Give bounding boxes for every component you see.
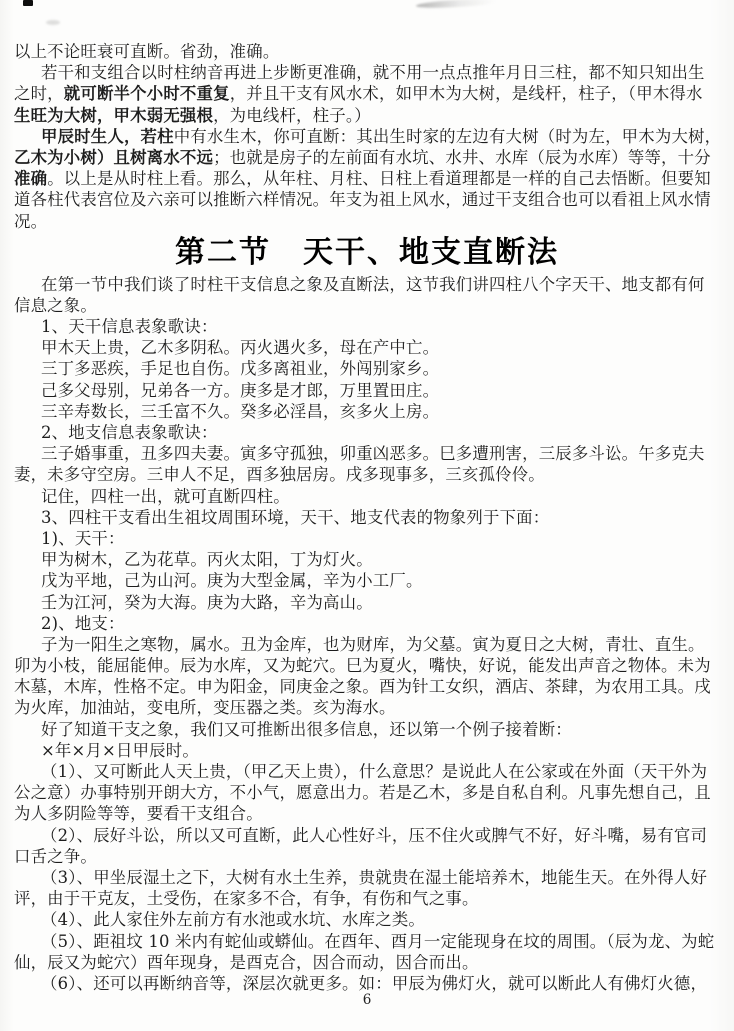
text-line: 好了知道干支之象，我们又可推断出很多信息，还以第一个例子接着断：: [14, 719, 720, 740]
text-segment: 卯为小枝，能屈能伸。辰为水库，又为蛇穴。巳为夏火，嘴快，好说，能发出声音之物体。…: [14, 656, 711, 675]
text-segment: 准确: [14, 169, 47, 188]
text-line: （2）、辰好斗讼，所以又可直断，此人心性好斗，压不住火或脾气不好，好斗嘴，易有官…: [14, 825, 720, 846]
text-segment: （4）、此人家住外左前方有水池或水坑、水库之类。: [41, 910, 425, 929]
text-segment: 3、四柱干支看出生祖坟周围环境，天干、地支代表的物象列于下面：: [41, 508, 549, 527]
text-line: 子为一阳生之寒物，属水。丑为金库，也为财库，为父墓。寅为夏日之大树，青壮、直生。: [14, 634, 720, 655]
text-segment: 。以上是从时柱上看。那么，从年柱、月柱、日柱上看道理都是一样的自己去悟断。但要知: [47, 169, 711, 188]
ink-blot-mark: [23, 0, 33, 6]
text-segment: 三辛寿数长，三壬富不久。癸多必淫昌，亥多火上房。: [41, 402, 439, 421]
text-line: 2、地支信息表象歌诀：: [14, 422, 720, 443]
text-line: 准确。以上是从时柱上看。那么，从年柱、月柱、日柱上看道理都是一样的自己去悟断。但…: [14, 168, 720, 189]
text-segment: （3）、甲坐辰湿土之下，大树有水土生养，贵就贵在湿土能培养木，地能生天。在外得人…: [41, 868, 707, 887]
text-segment: 2)、地支：: [41, 614, 125, 633]
text-line: 三辛寿数长，三壬富不久。癸多必淫昌，亥多火上房。: [14, 401, 720, 422]
text-line: （3）、甲坐辰湿土之下，大树有水土生养，贵就贵在湿土能培养木，地能生天。在外得人…: [14, 867, 720, 888]
text-line: 在第一节中我们谈了时柱干支信息之象及直断法，这节我们讲四柱八个字天干、地支都有何: [14, 274, 720, 295]
text-line: 之时，就可断半个小时不重复，并且干支有风水术，如甲木为大树，是线杆，柱子，（甲木…: [14, 83, 720, 104]
text-segment: 三丁多恶疾，手足也自伤。戊多离祖业，外闯别家乡。: [41, 359, 439, 378]
text-line: 信息之象。: [14, 295, 720, 316]
text-line: 2)、地支：: [14, 613, 720, 634]
text-segment: 1、天干信息表象歌诀：: [41, 317, 218, 336]
text-line: 生旺为大树，甲木弱无强根，为电线杆，柱子。）: [14, 105, 720, 126]
scan-smudge: [416, 0, 496, 9]
text-segment: 壬为江河，癸为大海。庚为大路，辛为高山。: [41, 593, 373, 612]
text-segment: （5）、距祖坟 10 米内有蛇仙或蟒仙。在酉年、酉月一定能现身在坟的周围。（辰为…: [41, 932, 714, 951]
text-segment: 好了知道干支之象，我们又可推断出很多信息，还以第一个例子接着断：: [41, 720, 572, 739]
text-line: 若干和支组合以时柱纳音再进上步断更准确，就不用一点点推年月日三柱，都不知只知出生: [14, 62, 720, 83]
text-line: 甲木天上贵，乙木多阴私。丙火遇火多，母在产中亡。: [14, 337, 720, 358]
text-line: 口舌之争。: [14, 846, 720, 867]
text-line: 道各柱代表宫位及六亲可以推断六样情况。年支为祖上风水，通过干支组合也可以看祖上风…: [14, 189, 720, 210]
text-segment: 子为一阳生之寒物，属水。丑为金库，也为财库，为父墓。寅为夏日之大树，青壮、直生。: [41, 635, 705, 654]
text-segment: 中有水生木，你可直断：其出生时家的左边有大树（时为左，甲木为大树，: [174, 127, 722, 146]
text-segment: 木墓，木库，性格不定。申为阳金，同庚金之象。酉为针工女织，酒店、茶肆，为农用工具…: [14, 677, 711, 696]
text-line: 以上不论旺衰可直断。省劲，准确。: [14, 41, 720, 62]
text-line: 况。: [14, 211, 720, 232]
scan-speck: [46, 20, 60, 25]
text-segment: 生旺为大树，甲木弱无强根: [14, 106, 213, 125]
text-segment: 三子婚事重，丑多四夫妻。寅多守孤独，卯重凶恶多。巳多遭刑害，三辰多斗讼。午多克夫: [41, 444, 705, 463]
text-segment: 评，由于干克友，土受伤，在家多不合，有争，有伤和气之事。: [14, 889, 479, 908]
text-segment: 就可断半个小时不重复: [64, 84, 230, 103]
text-segment: （6）、还可以再断纳音等，深层次就更多。如：甲辰为佛灯火，就可以断此人有佛灯火德…: [41, 974, 707, 993]
text-segment: 况。: [14, 212, 47, 231]
text-line: 1)、天干：: [14, 528, 720, 549]
page: 以上不论旺衰可直断。省劲，准确。若干和支组合以时柱纳音再进上步断更准确，就不用一…: [0, 0, 734, 1031]
text-segment: 之时，: [14, 84, 64, 103]
text-segment: 甲木天上贵，乙木多阴私。丙火遇火多，母在产中亡。: [41, 338, 439, 357]
text-segment: 为火库，加油站，变电所，变压器之类。亥为海水。: [14, 698, 396, 717]
text-line: 仙，辰又为蛇穴）酉年现身，是酉克合，因合而动，因合而出。: [14, 952, 720, 973]
text-segment: 记住，四柱一出，就可直断四柱。: [41, 487, 290, 506]
text-line: 3、四柱干支看出生祖坟周围环境，天干、地支代表的物象列于下面：: [14, 507, 720, 528]
text-segment: （1）、又可断此人天上贵，（甲乙天上贵），什么意思？是说此人在公家或在外面（天干…: [41, 762, 707, 781]
text-segment: （2）、辰好斗讼，所以又可直断，此人心性好斗，压不住火或脾气不好，好斗嘴，易有官…: [41, 826, 707, 845]
text-segment: 道各柱代表宫位及六亲可以推断六样情况。年支为祖上风水，通过干支组合也可以看祖上风…: [14, 190, 711, 209]
text-line: 为人多阴险等等，要看干支组合。: [14, 803, 720, 824]
text-segment: ，为电线杆，柱子。）: [213, 106, 371, 125]
text-segment: ×年×月×日甲辰时。: [41, 741, 199, 760]
text-segment: 仙，辰又为蛇穴）酉年现身，是酉克合，因合而动，因合而出。: [14, 953, 479, 972]
text-line: 公之意）办事特别开朗大方，不小气，愿意出力。若是乙木，多是自私自利。凡事先想自己…: [14, 782, 720, 803]
text-line: 1、天干信息表象歌诀：: [14, 316, 720, 337]
text-line: 甲为树木，乙为花草。丙火太阳，丁为灯火。: [14, 549, 720, 570]
text-segment: 己多父母别，兄弟各一方。庚多是才郎，万里置田庄。: [41, 381, 439, 400]
text-line: ×年×月×日甲辰时。: [14, 740, 720, 761]
text-segment: 以上不论旺衰可直断。省劲，准确。: [14, 42, 279, 61]
section-heading: 第二节 天干、地支直断法: [14, 232, 720, 274]
text-line: （5）、距祖坟 10 米内有蛇仙或蟒仙。在酉年、酉月一定能现身在坟的周围。（辰为…: [14, 931, 720, 952]
text-segment: 信息之象。: [14, 296, 97, 315]
text-line: 乙木为小树）且树离水不远；也就是房子的左前面有水坑、水井、水库（辰为水库）等等，…: [14, 147, 720, 168]
text-line: 记住，四柱一出，就可直断四柱。: [14, 486, 720, 507]
text-segment: 甲辰时生人，若柱: [41, 127, 174, 146]
text-segment: 口舌之争。: [14, 847, 97, 866]
text-line: 三丁多恶疾，手足也自伤。戊多离祖业，外闯别家乡。: [14, 358, 720, 379]
text-segment: 妻，未多守空房。三申人不足，酉多独居房。戌多现事多，三亥孤伶伶。: [14, 465, 545, 484]
text-segment: 1)、天干：: [41, 529, 125, 548]
text-segment: 若干和支组合以时柱纳音再进上步断更准确，就不用一点点推年月日三柱，都不知只知出生: [41, 63, 705, 82]
text-segment: 第二节 天干、地支直断法: [175, 235, 559, 270]
text-line: 壬为江河，癸为大海。庚为大路，辛为高山。: [14, 592, 720, 613]
text-line: （4）、此人家住外左前方有水池或水坑、水库之类。: [14, 909, 720, 930]
text-segment: 甲为树木，乙为花草。丙火太阳，丁为灯火。: [41, 550, 373, 569]
text-line: 戊为平地，己为山河。庚为大型金属，辛为小工厂。: [14, 570, 720, 591]
text-line: 木墓，木库，性格不定。申为阳金，同庚金之象。酉为针工女织，酒店、茶肆，为农用工具…: [14, 676, 720, 697]
text-line: 评，由于干克友，土受伤，在家多不合，有争，有伤和气之事。: [14, 888, 720, 909]
text-line: （6）、还可以再断纳音等，深层次就更多。如：甲辰为佛灯火，就可以断此人有佛灯火德…: [14, 973, 720, 994]
scanned-book-page: { "document": { "page_number": "6", "sec…: [0, 0, 734, 1031]
text-line: 己多父母别，兄弟各一方。庚多是才郎，万里置田庄。: [14, 380, 720, 401]
text-segment: 公之意）办事特别开朗大方，不小气，愿意出力。若是乙木，多是自私自利。凡事先想自己…: [14, 783, 711, 802]
text-line: 为火库，加油站，变电所，变压器之类。亥为海水。: [14, 697, 720, 718]
text-segment: ，并且干支有风水术，如甲木为大树，是线杆，柱子，（甲木得水: [230, 84, 703, 103]
text-line: 妻，未多守空房。三申人不足，酉多独居房。戌多现事多，三亥孤伶伶。: [14, 464, 720, 485]
text-segment: 戊为平地，己为山河。庚为大型金属，辛为小工厂。: [41, 571, 423, 590]
page-text: 以上不论旺衰可直断。省劲，准确。若干和支组合以时柱纳音再进上步断更准确，就不用一…: [14, 41, 720, 994]
text-line: 甲辰时生人，若柱中有水生木，你可直断：其出生时家的左边有大树（时为左，甲木为大树…: [14, 126, 720, 147]
text-segment: 为人多阴险等等，要看干支组合。: [14, 804, 263, 823]
text-segment: 在第一节中我们谈了时柱干支信息之象及直断法，这节我们讲四柱八个字天干、地支都有何: [41, 275, 705, 294]
page-footer: 6: [0, 992, 734, 1008]
text-segment: ；也就是房子的左前面有水坑、水井、水库（辰为水库）等等，十分: [213, 148, 711, 167]
text-line: 三子婚事重，丑多四夫妻。寅多守孤独，卯重凶恶多。巳多遭刑害，三辰多斗讼。午多克夫: [14, 443, 720, 464]
text-line: （1）、又可断此人天上贵，（甲乙天上贵），什么意思？是说此人在公家或在外面（天干…: [14, 761, 720, 782]
text-segment: 2、地支信息表象歌诀：: [41, 423, 218, 442]
page-number: 6: [363, 992, 372, 1008]
text-segment: 乙木为小树）且树离水不远: [14, 148, 213, 167]
text-line: 卯为小枝，能屈能伸。辰为水库，又为蛇穴。巳为夏火，嘴快，好说，能发出声音之物体。…: [14, 655, 720, 676]
